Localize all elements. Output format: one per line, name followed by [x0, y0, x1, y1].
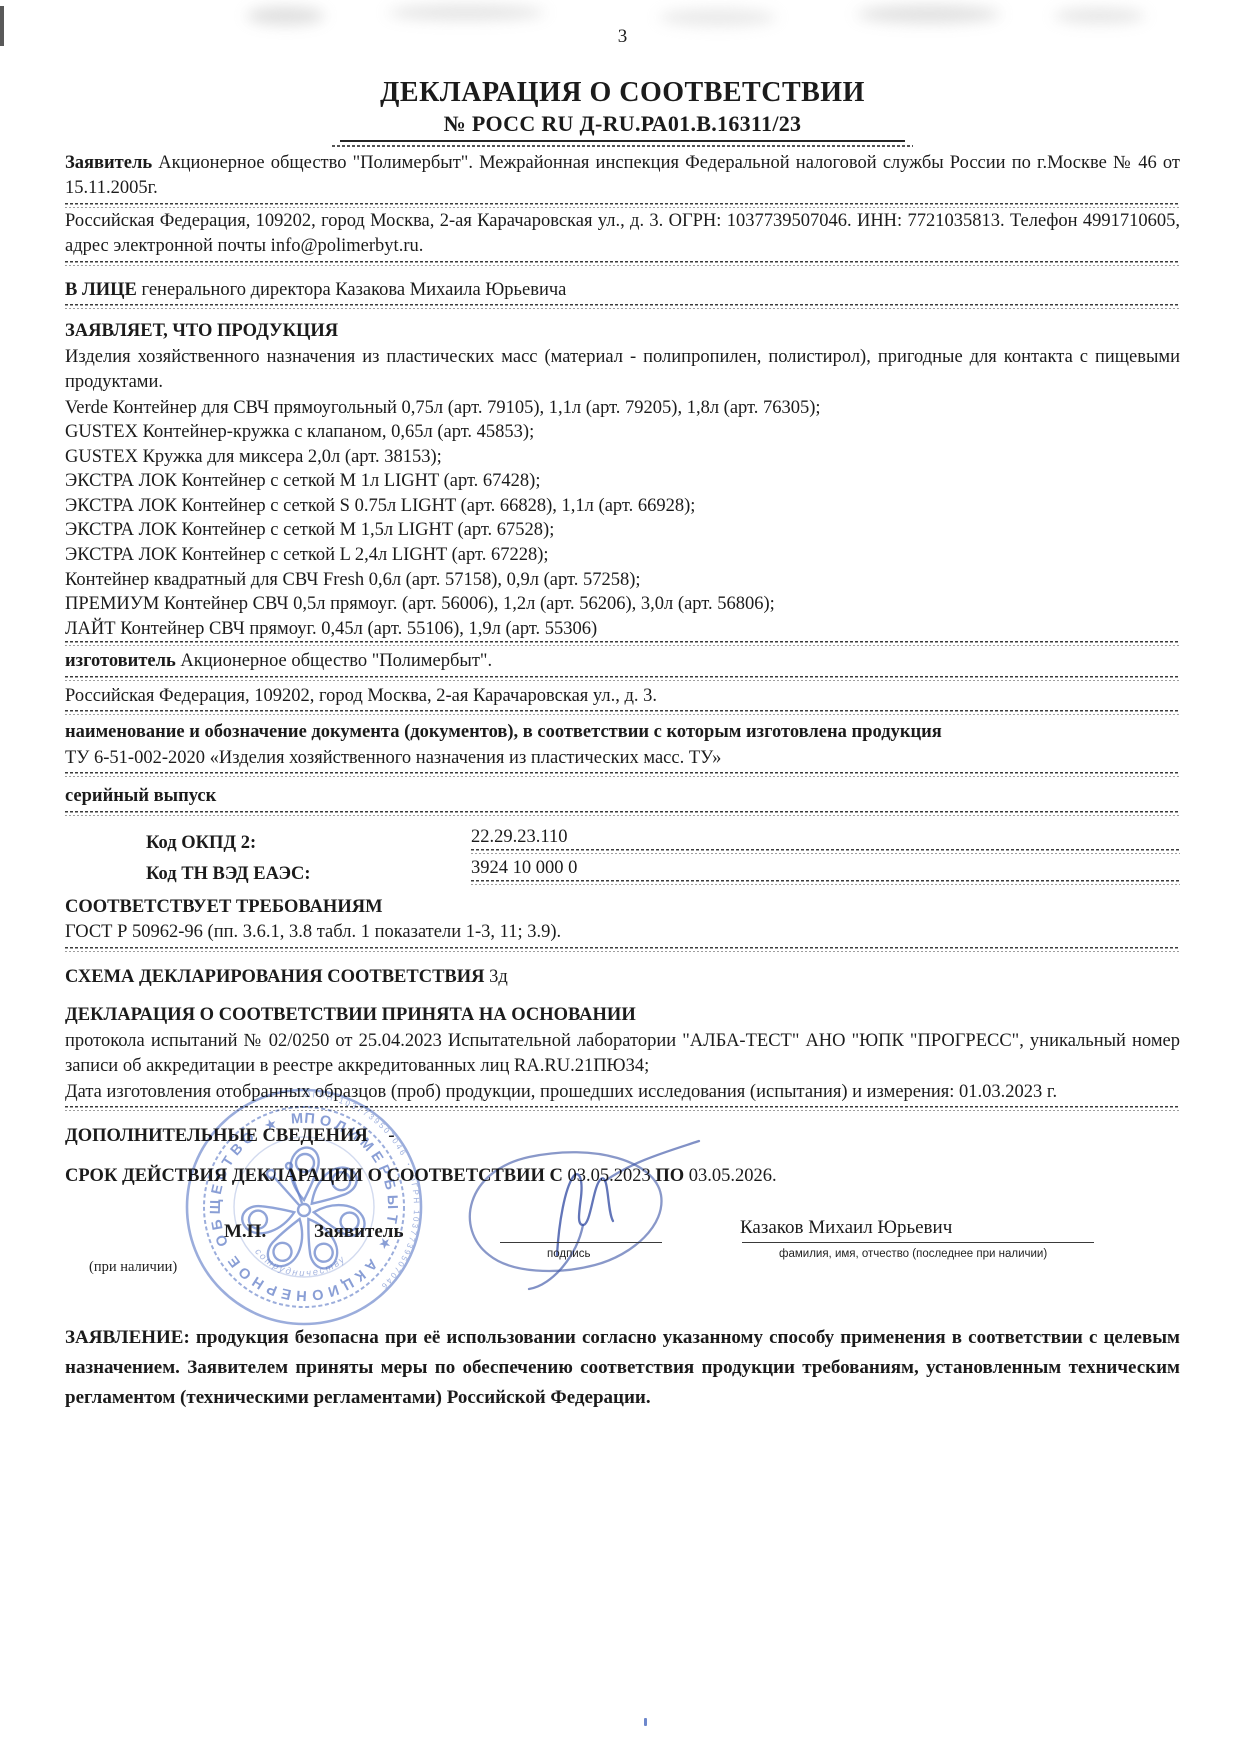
document-number-underline — [340, 140, 905, 147]
validity-line: СРОК ДЕЙСТВИЯ ДЕКЛАРАЦИИ О СООТВЕТСТВИИ … — [65, 1164, 1180, 1190]
statement-text: продукция безопасна при её использовании… — [65, 1327, 1180, 1408]
scheme-label: СХЕМА ДЕКЛАРИРОВАНИЯ СООТВЕТСТВИЯ — [65, 967, 485, 987]
product-item: ПРЕМИУМ Контейнер СВЧ 0,5л прямоуг. (арт… — [65, 592, 1180, 617]
stamp-inner-text: сотрудничеству — [252, 1247, 348, 1280]
compliance-text: ГОСТ Р 50962-96 (пп. 3.6.1, 3.8 табл. 1 … — [65, 920, 1180, 952]
compliance-heading: СООТВЕТСТВУЕТ ТРЕБОВАНИЯМ — [65, 895, 1180, 921]
svg-text:сотрудничеству: сотрудничеству — [252, 1247, 348, 1280]
product-item: ЭКСТРА ЛОК Контейнер с сеткой S 0.75л LI… — [65, 494, 1180, 519]
product-item: ЭКСТРА ЛОК Контейнер с сеткой M 1,5л LIG… — [65, 518, 1180, 543]
validity-label-to: ПО — [655, 1166, 684, 1186]
applicant-label: Заявитель — [65, 153, 152, 173]
product-item: Контейнер квадратный для СВЧ Fresh 0,6л … — [65, 568, 1180, 593]
svg-text:ОГРН 1037739507046 ・ ОГРН 1037: ОГРН 1037739507046 ・ ОГРН 1037739507046 — [304, 1090, 421, 1292]
manufacturer-label: изготовитель — [65, 651, 176, 671]
validity-date-to: 03.05.2026. — [689, 1166, 777, 1186]
scheme-value: 3д — [489, 967, 508, 987]
applicant-text: Акционерное общество "Полимербыт". Межра… — [65, 153, 1180, 199]
product-description: Изделия хозяйственного назначения из пла… — [65, 345, 1180, 396]
document-page: 3 ДЕКЛАРАЦИЯ О СООТВЕТСТВИИ № РОСС RU Д-… — [0, 0, 1240, 1755]
product-item: ЭКСТРА ЛОК Контейнер с сеткой M 1л LIGHT… — [65, 469, 1180, 494]
statement-paragraph: ЗАЯВЛЕНИЕ: продукция безопасна при её ис… — [65, 1323, 1180, 1413]
validity-date-from: 03.05.2023 — [568, 1166, 651, 1186]
tnved-row: Код ТН ВЭД ЕАЭС: 3924 10 000 0 — [65, 857, 1180, 885]
page-number: 3 — [65, 24, 1180, 50]
manufacturer-address: Российская Федерация, 109202, город Моск… — [65, 684, 1180, 716]
product-item: ЭКСТРА ЛОК Контейнер с сеткой L 2,4л LIG… — [65, 543, 1180, 568]
tnved-value: 3924 10 000 0 — [471, 858, 1180, 885]
product-item: ЛАЙТ Контейнер СВЧ прямоуг. 0,45л (арт. … — [65, 617, 1180, 642]
stamp-ogrn-text: ОГРН 1037739507046 ・ ОГРН 1037739507046 — [304, 1090, 421, 1292]
document-number: № РОСС RU Д-RU.РА01.В.16311/23 — [65, 110, 1180, 138]
additional-label: ДОПОЛНИТЕЛЬНЫЕ СВЕДЕНИЯ — [65, 1126, 368, 1146]
codes-table: Код ОКПД 2: 22.29.23.110 Код ТН ВЭД ЕАЭС… — [65, 826, 1180, 885]
in-person-text: генерального директора Казакова Михаила … — [142, 280, 567, 300]
signatory-name: Казаков Михаил Юрьевич — [740, 1217, 952, 1239]
document-title: ДЕКЛАРАЦИЯ О СООТВЕТСТВИИ — [65, 76, 1180, 110]
okpd-value: 22.29.23.110 — [471, 827, 1180, 854]
basis-heading: ДЕКЛАРАЦИЯ О СООТВЕТСТВИИ ПРИНЯТА НА ОСН… — [65, 1003, 1180, 1029]
validity-label-start: СРОК ДЕЙСТВИЯ ДЕКЛАРАЦИИ О СООТВЕТСТВИИ … — [65, 1166, 563, 1186]
signature-block: ПОЛИМЕРБЫТ ★ АКЦИОНЕРНОЕ ОБЩЕСТВО ★ МОСК… — [65, 1193, 1180, 1315]
handwritten-signature-icon — [437, 1137, 727, 1295]
serial-release: серийный выпуск — [65, 784, 1180, 816]
applicant-address: Российская Федерация, 109202, город Моск… — [65, 209, 1180, 266]
if-available-label: (при наличии) — [89, 1259, 177, 1276]
basis-line2: Дата изготовления отобранных образцов (п… — [65, 1080, 1180, 1112]
okpd-label: Код ОКПД 2: — [65, 833, 471, 854]
signature-caption: подпись — [547, 1248, 590, 1260]
applicant-line: Заявитель Акционерное общество "Полимерб… — [65, 151, 1180, 208]
document-content: 3 ДЕКЛАРАЦИЯ О СООТВЕТСТВИИ № РОСС RU Д-… — [65, 0, 1180, 1413]
manufacturer-line: изготовитель Акционерное общество "Полим… — [65, 649, 1180, 681]
stamp-place-label: М.П. — [224, 1221, 266, 1243]
product-item: Verde Контейнер для СВЧ прямоугольный 0,… — [65, 396, 1180, 421]
product-list: Verde Контейнер для СВЧ прямоугольный 0,… — [65, 396, 1180, 647]
document-basis-block: наименование и обозначение документа (до… — [65, 720, 1180, 777]
scan-artifact-left-edge — [0, 6, 4, 46]
basis-line1: протокола испытаний № 02/0250 от 25.04.2… — [65, 1029, 1180, 1080]
document-basis-heading: наименование и обозначение документа (до… — [65, 720, 1180, 746]
tnved-label: Код ТН ВЭД ЕАЭС: — [65, 864, 471, 885]
in-person-line: В ЛИЦЕ генерального директора Казакова М… — [65, 278, 1180, 310]
declares-heading: ЗАЯВЛЯЕТ, ЧТО ПРОДУКЦИЯ — [65, 319, 1180, 345]
additional-info: ДОПОЛНИТЕЛЬНЫЕ СВЕДЕНИЯ - — [65, 1124, 1180, 1150]
stamp-ring-text: ПОЛИМЕРБЫТ ★ АКЦИОНЕРНОЕ ОБЩЕСТВО ★ МОСК… — [183, 1086, 400, 1303]
scan-artifact-blue-dot — [644, 1718, 647, 1726]
svg-text:ПОЛИМЕРБЫТ ★ АКЦИОНЕРНОЕ ОБЩЕС: ПОЛИМЕРБЫТ ★ АКЦИОНЕРНОЕ ОБЩЕСТВО ★ МОСК… — [183, 1086, 400, 1303]
product-item: GUSTEX Кружка для миксера 2,0л (арт. 381… — [65, 445, 1180, 470]
company-stamp-icon: ПОЛИМЕРБЫТ ★ АКЦИОНЕРНОЕ ОБЩЕСТВО ★ МОСК… — [183, 1086, 425, 1328]
applicant-sign-label: Заявитель — [314, 1221, 404, 1243]
name-caption: фамилия, имя, отчество (последнее при на… — [779, 1248, 1047, 1260]
product-item: GUSTEX Контейнер-кружка с клапаном, 0,65… — [65, 420, 1180, 445]
manufacturer-text: Акционерное общество "Полимербыт". — [180, 651, 492, 671]
declaration-scheme: СХЕМА ДЕКЛАРИРОВАНИЯ СООТВЕТСТВИЯ 3д — [65, 965, 1180, 991]
name-line — [742, 1242, 1094, 1243]
signature-line — [500, 1242, 662, 1243]
document-basis-text: ТУ 6-51-002-2020 «Изделия хозяйственного… — [65, 746, 1180, 772]
statement-label: ЗАЯВЛЕНИЕ: — [65, 1327, 190, 1348]
additional-value: - — [388, 1126, 394, 1146]
okpd-row: Код ОКПД 2: 22.29.23.110 — [65, 826, 1180, 854]
in-person-label: В ЛИЦЕ — [65, 280, 137, 300]
